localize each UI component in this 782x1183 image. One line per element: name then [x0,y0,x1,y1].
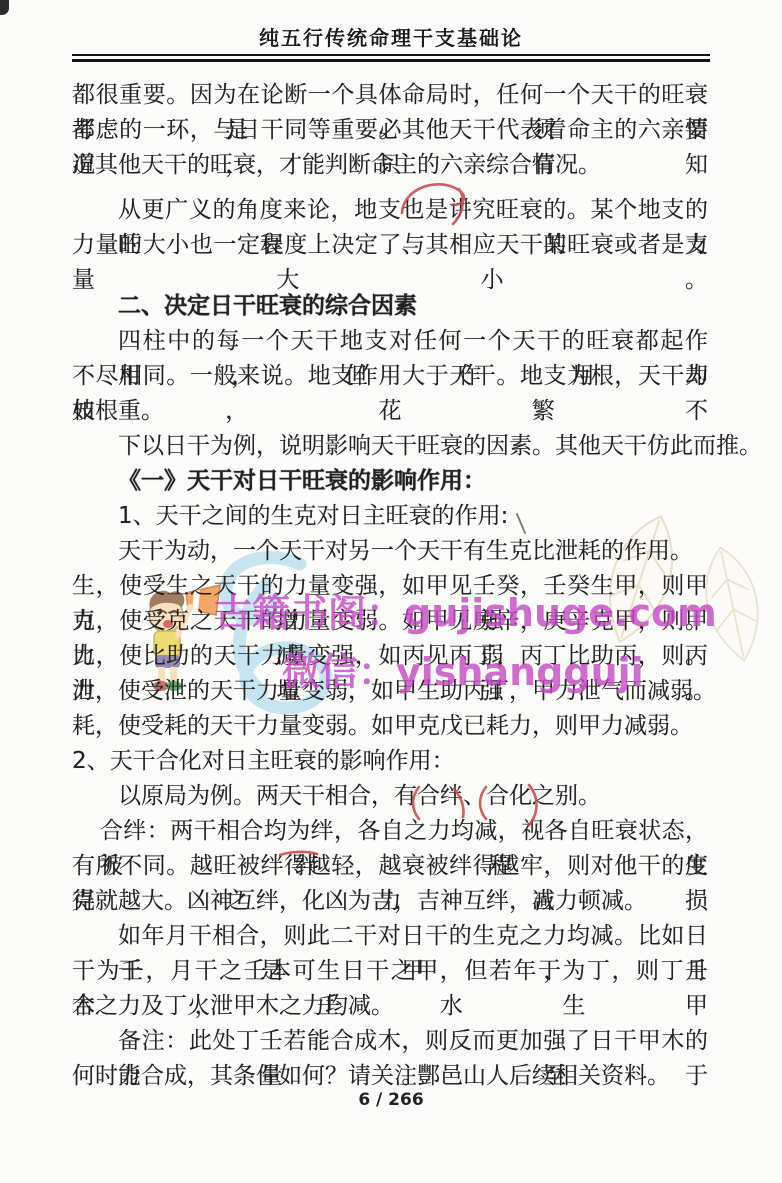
watermark-site: 古籍书阁：gujishuge.com [214,582,717,637]
page-number: 6 / 266 [0,1090,782,1110]
text-line: 干为壬，月干之壬本可生日干之甲，但若年干为丁，则丁壬合，壬水生甲 [72,954,708,989]
text-line: 天干为动，一个天干对另一个天干有生克比泄耗的作用。 [72,534,708,569]
text-line: 四柱中的每一个天干地支对任何一个天干的旺衰都起作用，但作用却 [72,324,708,359]
text-line: 下以日干为例，说明影响天干旺衰的因素。其他天干仿此而推。 [72,429,708,464]
scan-corner-speck [0,0,9,15]
header-rule [72,54,710,62]
heading-line: 《一》天干对日干旺衰的影响作用： [72,464,708,499]
scanned-book-page: 纯五行传统命理干支基础论 [0,0,782,1183]
text-line: 不尽相同。一般来说。地支作用大于天干。地支为根，天干为枝，花繁不 [72,359,708,394]
text-line: 都很重要。因为在论断一个具体命局时，任何一个天干的旺衰都是必须要 [72,78,708,113]
text-line: 耗，使受耗的天干力量变弱。如甲克戊已耗力，则甲力减弱。 [72,709,708,744]
text-line: 力量的大小也一定程度上决定了与其相应天干的旺衰或者是力量大小。 [72,228,708,263]
text-line: 何时能合成，其条件如何？请关注酆邑山人后续相关资料。 [72,1059,708,1094]
text-line: 从更广义的角度来论，地支也是讲究旺衰的。某个地支的旺衰、某支 [72,193,708,228]
text-line: 1、天干之间的生克对日主旺衰的作用: [72,499,708,534]
text-line: 合绊：两干相合均为绊，各自之力均减，视各自旺衰状态，被绊程度 [72,814,708,849]
text-line: 如年月干相合，则此二干对日干的生克之力均减。比如日干是甲，月 [72,919,708,954]
page-title: 纯五行传统命理干支基础论 [0,22,782,51]
text-line: 以原局为例。两天干相合，有合绊、合化之别。 [72,779,708,814]
text-line: 考虑的一环，与日干同等重要。其他天干代表着命主的六亲情况，只有知 [72,113,708,148]
text-line: 有所不同。越旺被绊得越轻，越衰被绊得越牢，则对他干的生克之力减损 [72,849,708,884]
text-line: 2、天干合化对日主旺衰的影响作用： [72,744,708,779]
text-line: 得就越大。凶神互绊，化凶为吉，吉神互绊，吉力顿减。 [72,884,708,919]
watermark-wechat: 微信：yishangguji [282,641,644,696]
text-line: 备注：此处丁壬若能合成木，则反而更加强了日干甲木的力量。至于 [72,1024,708,1059]
